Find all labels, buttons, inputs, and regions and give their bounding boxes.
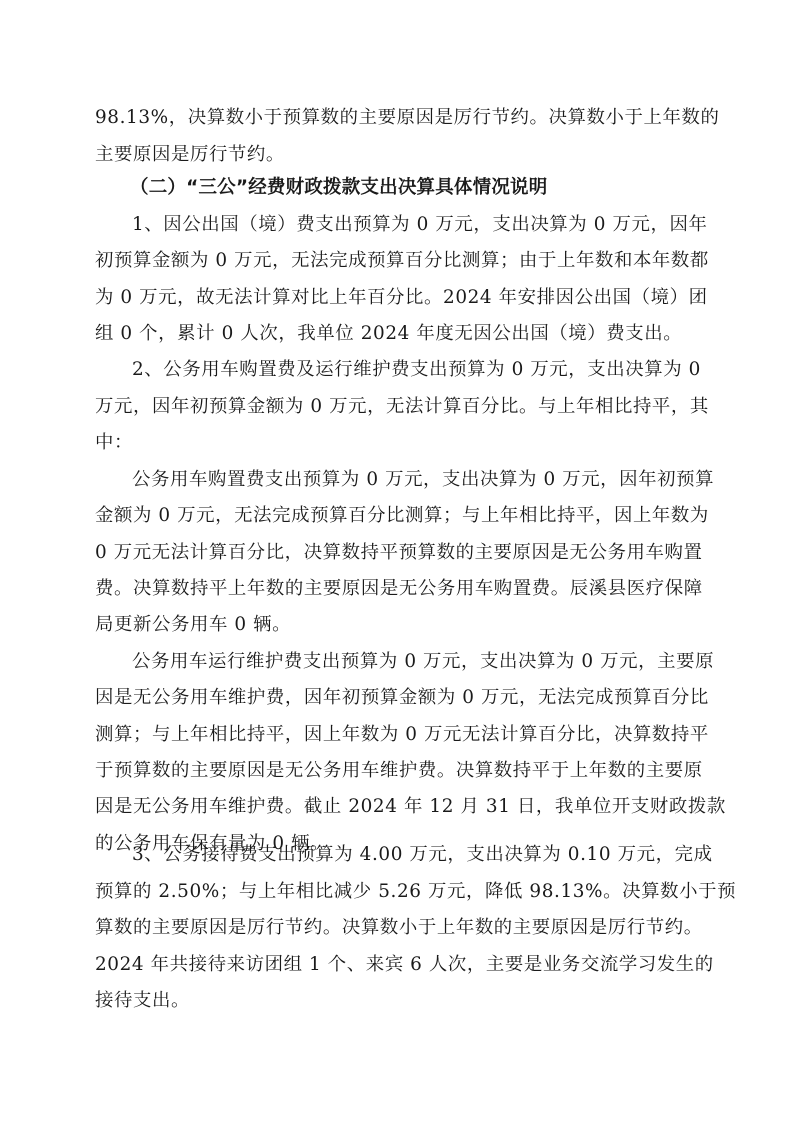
text-line: 局更新公务用车 0 辆。 (95, 613, 699, 637)
text-line: 初预算金额为 0 万元，无法完成预算百分比测算；由于上年数和本年数都 (95, 249, 699, 273)
text-line: 因是无公务用车维护费。截止 2024 年 12 月 31 日，我单位开支财政拨款 (95, 795, 699, 819)
text-line: 组 0 个，累计 0 人次，我单位 2024 年度无因公出国（境）费支出。 (95, 322, 699, 346)
text-line: 中： (95, 431, 699, 455)
text-line: 接待支出。 (95, 989, 699, 1013)
text-line: 公务用车运行维护费支出预算为 0 万元，支出决算为 0 万元，主要原 (132, 650, 699, 674)
text-line: 于预算数的主要原因是无公务用车维护费。决算数持平于上年数的主要原 (95, 759, 699, 783)
document-page: 98.13%，决算数小于预算数的主要原因是厉行节约。决算数小于上年数的 主要原因… (0, 0, 793, 1122)
text-line: 预算的 2.50%；与上年相比减少 5.26 万元，降低 98.13%。决算数小… (95, 880, 699, 904)
text-line: 2024 年共接待来访团组 1 个、来宾 6 人次，主要是业务交流学习发生的 (95, 953, 699, 977)
text-line: 算数的主要原因是厉行节约。决算数小于上年数的主要原因是厉行节约。 (95, 916, 699, 940)
text-line: 因是无公务用车维护费，因年初预算金额为 0 万元，无法完成预算百分比 (95, 686, 699, 710)
text-line: 为 0 万元，故无法计算对比上年百分比。2024 年安排因公出国（境）团 (95, 286, 699, 310)
text-line: 2、公务用车购置费及运行维护费支出预算为 0 万元，支出决算为 0 (132, 358, 699, 382)
section-heading: （二）“三公”经费财政拨款支出决算具体情况说明 (130, 176, 547, 200)
text-line: 费。决算数持平上年数的主要原因是无公务用车购置费。辰溪县医疗保障 (95, 577, 699, 601)
text-line: 3、公务接待费支出预算为 4.00 万元，支出决算为 0.10 万元，完成 (132, 843, 699, 867)
text-line: 金额为 0 万元，无法完成预算百分比测算；与上年相比持平，因上年数为 (95, 504, 699, 528)
text-line: 0 万元无法计算百分比，决算数持平预算数的主要原因是无公务用车购置 (95, 541, 699, 565)
text-line: 万元，因年初预算金额为 0 万元，无法计算百分比。与上年相比持平，其 (95, 395, 699, 419)
text-line: 1、因公出国（境）费支出预算为 0 万元，支出决算为 0 万元，因年 (132, 213, 699, 237)
text-line: 测算；与上年相比持平，因上年数为 0 万元无法计算百分比，决算数持平 (95, 723, 699, 747)
text-line: 公务用车购置费支出预算为 0 万元，支出决算为 0 万元，因年初预算 (132, 468, 699, 492)
text-line: 98.13%，决算数小于预算数的主要原因是厉行节约。决算数小于上年数的 (95, 106, 699, 130)
text-line: 主要原因是厉行节约。 (95, 143, 699, 167)
